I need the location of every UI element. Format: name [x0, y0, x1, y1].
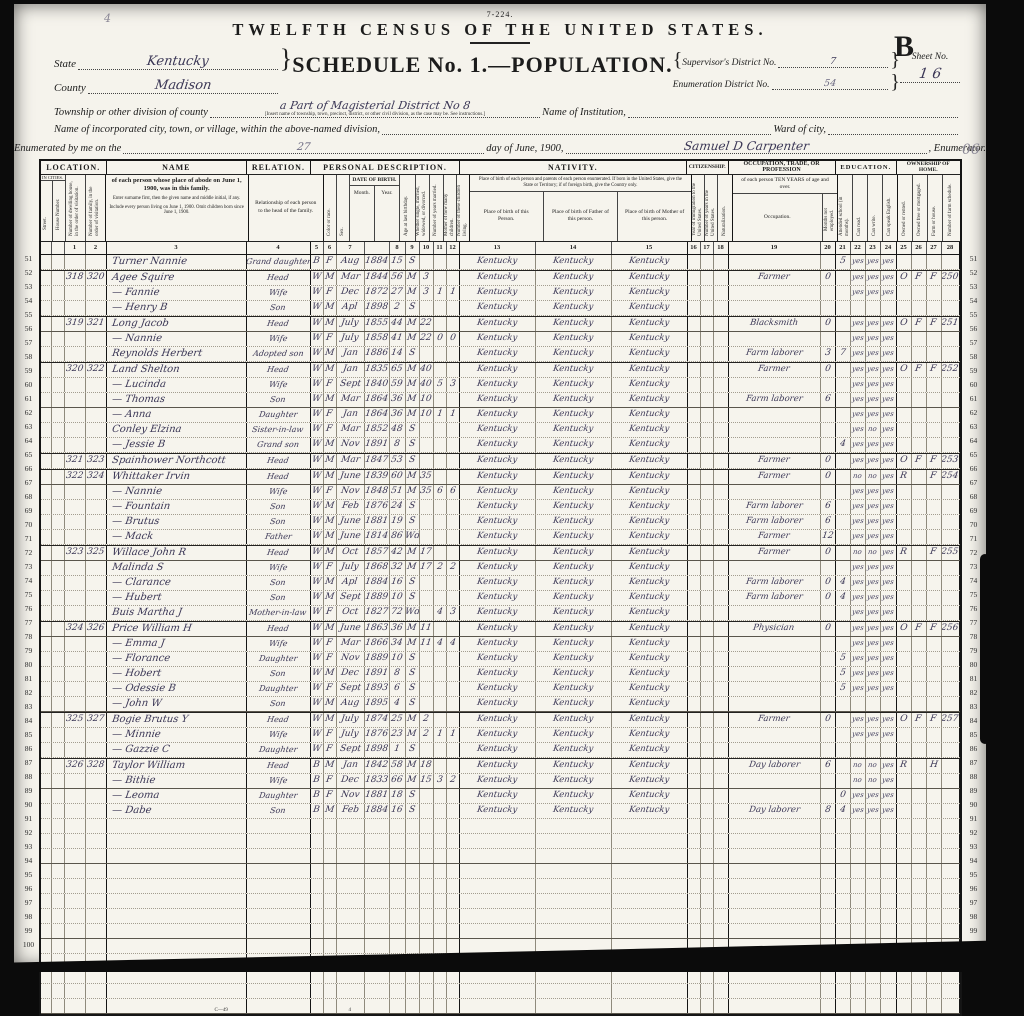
cell-immigration-year — [688, 500, 701, 514]
cell-marital-status: M — [406, 363, 420, 377]
cell-children-living — [447, 423, 460, 437]
cell-birth-month: Dec — [337, 774, 365, 788]
col-number: 16 — [688, 242, 701, 254]
cell-owned-rented: O — [897, 713, 912, 727]
cell-can-write: no — [866, 759, 881, 773]
cell-years-married — [420, 591, 434, 605]
cell-children-living: 2 — [447, 561, 460, 575]
cell-immigration-year — [688, 652, 701, 666]
cell-color-race: W — [311, 500, 324, 514]
cell-marital-status — [406, 834, 420, 848]
cell-farm-or-house — [927, 301, 942, 315]
cell-occupation: Farm laborer — [729, 576, 821, 590]
cell-family-number — [86, 819, 107, 833]
cell-sex — [324, 939, 337, 953]
cell-birth-year: 1866 — [365, 637, 390, 651]
cell-immigration-year — [688, 591, 701, 605]
cell-street — [41, 454, 52, 468]
cell-age — [390, 939, 406, 953]
cell-attended-school — [836, 849, 851, 863]
cell-can-speak-english: yes — [881, 286, 897, 300]
cell-birthplace-mother: Kentucky — [612, 561, 688, 575]
row-number: 63 — [966, 420, 982, 434]
cell-birth-month — [337, 834, 365, 848]
cell-birth-year: 1864 — [365, 408, 390, 422]
cell-birthplace-father: Kentucky — [536, 423, 612, 437]
cell-children-living — [447, 546, 460, 560]
cell-birthplace-mother: Kentucky — [612, 667, 688, 681]
row-number: 94 — [966, 854, 982, 868]
cell-occupation: Farm laborer — [729, 591, 821, 605]
cell-months-not-employed: 0 — [821, 576, 836, 590]
col-number: 12 — [447, 242, 460, 254]
cell-years-married — [420, 530, 434, 544]
years-married-header: Number of years married. — [433, 178, 439, 236]
row-number: 84 — [966, 714, 982, 728]
cell-person-name: Malinda S — [107, 561, 247, 575]
cell-house-number — [52, 713, 65, 727]
cell-years-married — [420, 789, 434, 803]
cell-mother-of-children: 6 — [434, 485, 447, 499]
cell-attended-school: 4 — [836, 591, 851, 605]
cell-can-write — [866, 924, 881, 938]
cell-months-not-employed — [821, 969, 836, 983]
cell-relation — [247, 819, 311, 833]
cell-years-in-us — [701, 438, 714, 452]
cell-dwelling-number — [65, 743, 86, 757]
cell-can-speak-english: yes — [881, 347, 897, 361]
cell-birthplace-mother: Kentucky — [612, 332, 688, 346]
cell-occupation — [729, 438, 821, 452]
cell-owned-free-mortgaged — [912, 864, 927, 878]
row-number: 78 — [966, 630, 982, 644]
cell-immigration-year — [688, 849, 701, 863]
cell-farm-schedule-no — [942, 591, 960, 605]
cell-birth-month — [337, 939, 365, 953]
cell-birthplace-person: Kentucky — [460, 576, 536, 590]
cell-can-speak-english: yes — [881, 774, 897, 788]
cell-children-living — [447, 363, 460, 377]
cell-dwelling-number — [65, 849, 86, 863]
cell-street — [41, 969, 52, 983]
cell-house-number — [52, 834, 65, 848]
cell-sex: M — [324, 393, 337, 407]
cell-owned-rented — [897, 924, 912, 938]
cell-birthplace-person: Kentucky — [460, 804, 536, 818]
cell-can-write: yes — [866, 408, 881, 422]
months-not-employed-header: Months not employed. — [824, 197, 836, 231]
cell-birthplace-father: Kentucky — [536, 271, 612, 285]
table-row: — ThomasSonWMMar186436M10KentuckyKentuck… — [41, 393, 960, 408]
cell-birthplace-mother: Kentucky — [612, 546, 688, 560]
cell-color-race: W — [311, 637, 324, 651]
cell-farm-or-house — [927, 332, 942, 346]
cell-family-number — [86, 606, 107, 620]
cell-birthplace-mother: Kentucky — [612, 271, 688, 285]
cell-marital-status: S — [406, 697, 420, 711]
cell-age — [390, 864, 406, 878]
cell-farm-or-house — [927, 954, 942, 968]
cell-birth-month: Sept — [337, 682, 365, 696]
cell-dwelling-number — [65, 576, 86, 590]
cell-years-married — [420, 606, 434, 620]
cell-color-race: W — [311, 470, 324, 484]
cell-color-race: W — [311, 743, 324, 757]
cell-house-number — [52, 485, 65, 499]
cell-dwelling-number: 319 — [65, 317, 86, 331]
cell-farm-schedule-no — [942, 378, 960, 392]
cell-naturalization — [714, 682, 729, 696]
cell-farm-schedule-no — [942, 637, 960, 651]
cell-farm-or-house — [927, 743, 942, 757]
cell-can-write: yes — [866, 454, 881, 468]
cell-immigration-year — [688, 438, 701, 452]
cell-can-speak-english: yes — [881, 470, 897, 484]
table-row: — Gazzie CDaughterWFSept18981SKentuckyKe… — [41, 743, 960, 758]
cell-marital-status — [406, 984, 420, 994]
cell-can-speak-english — [881, 924, 897, 938]
cell-can-read: yes — [851, 667, 866, 681]
cell-relation: Grand son — [247, 438, 311, 452]
cell-mother-of-children — [434, 984, 447, 994]
cell-house-number — [52, 347, 65, 361]
cell-person-name: — Minnie — [107, 728, 247, 742]
cell-age: 41 — [390, 332, 406, 346]
cell-birth-month: Mar — [337, 637, 365, 651]
cell-attended-school — [836, 637, 851, 651]
cell-can-speak-english — [881, 909, 897, 923]
cell-house-number — [52, 969, 65, 983]
cell-marital-status — [406, 879, 420, 893]
cell-occupation: Farm laborer — [729, 500, 821, 514]
cell-dwelling-number — [65, 728, 86, 742]
years-in-us-header: Number of years in the United States. — [705, 178, 717, 236]
cell-owned-free-mortgaged — [912, 667, 927, 681]
cell-mother-of-children: 1 — [434, 286, 447, 300]
cell-children-living — [447, 393, 460, 407]
cell-birth-month — [337, 954, 365, 968]
cell-birth-year: 1827 — [365, 606, 390, 620]
cell-age: 66 — [390, 774, 406, 788]
cell-years-married: 11 — [420, 622, 434, 636]
cell-attended-school — [836, 530, 851, 544]
cell-attended-school — [836, 393, 851, 407]
can-write-header: Can write. — [872, 178, 878, 236]
cell-owned-free-mortgaged — [912, 924, 927, 938]
cell-birth-year — [365, 864, 390, 878]
cell-immigration-year — [688, 454, 701, 468]
table-row: — John WSonWMAug18954SKentuckyKentuckyKe… — [41, 697, 960, 712]
cell-house-number — [52, 606, 65, 620]
cell-birth-year: 1833 — [365, 774, 390, 788]
cell-color-race: W — [311, 652, 324, 666]
cell-family-number: 322 — [86, 363, 107, 377]
cell-naturalization — [714, 546, 729, 560]
cell-can-read — [851, 301, 866, 315]
cell-years-married: 10 — [420, 393, 434, 407]
cell-sex: M — [324, 697, 337, 711]
cell-family-number — [86, 804, 107, 818]
cell-house-number — [52, 271, 65, 285]
cell-family-number — [86, 561, 107, 575]
cell-farm-schedule-no — [942, 423, 960, 437]
cell-person-name: Bogie Brutus Y — [107, 713, 247, 727]
cell-marital-status: M — [406, 637, 420, 651]
cell-family-number — [86, 515, 107, 529]
row-number: 58 — [21, 350, 37, 364]
cell-naturalization — [714, 332, 729, 346]
sheet-letter: B — [894, 30, 914, 64]
cell-can-write: yes — [866, 347, 881, 361]
cell-occupation: Blacksmith — [729, 317, 821, 331]
census-page: 4 06 7-224. TWELFTH CENSUS OF THE UNITED… — [14, 4, 986, 966]
cell-age: 36 — [390, 622, 406, 636]
cell-person-name — [107, 879, 247, 893]
cell-street — [41, 561, 52, 575]
cell-birthplace-mother: Kentucky — [612, 652, 688, 666]
cell-mother-of-children — [434, 317, 447, 331]
cell-farm-or-house — [927, 819, 942, 833]
cell-immigration-year — [688, 271, 701, 285]
cell-dwelling-number — [65, 939, 86, 953]
cell-relation: Head — [247, 470, 311, 484]
cell-dwelling-number — [65, 682, 86, 696]
table-row: — ClaranceSonWMApl188416SKentuckyKentuck… — [41, 576, 960, 591]
cell-mother-of-children — [434, 743, 447, 757]
cell-immigration-year — [688, 924, 701, 938]
cell-marital-status: S — [406, 804, 420, 818]
cell-naturalization — [714, 954, 729, 968]
cell-farm-or-house: F — [927, 454, 942, 468]
county-value: Madison — [153, 78, 212, 93]
cell-mother-of-children — [434, 347, 447, 361]
cell-birth-month — [337, 894, 365, 908]
cell-attended-school — [836, 408, 851, 422]
cell-street — [41, 879, 52, 893]
cell-house-number — [52, 939, 65, 953]
cell-can-write — [866, 743, 881, 757]
cell-years-married — [420, 667, 434, 681]
cell-farm-or-house — [927, 804, 942, 818]
cell-family-number — [86, 774, 107, 788]
cell-marital-status: M — [406, 470, 420, 484]
cell-naturalization — [714, 393, 729, 407]
cell-attended-school — [836, 301, 851, 315]
cell-birthplace-mother: Kentucky — [612, 622, 688, 636]
cell-person-name: Turner Nannie — [107, 255, 247, 269]
census-table: 5152535455565758596061626364656667686970… — [39, 159, 962, 994]
cell-years-in-us — [701, 363, 714, 377]
cell-attended-school — [836, 485, 851, 499]
cell-can-read — [851, 984, 866, 994]
cell-house-number — [52, 667, 65, 681]
cell-owned-free-mortgaged: F — [912, 454, 927, 468]
col-number: 13 — [460, 242, 536, 254]
cell-street — [41, 622, 52, 636]
cell-color-race: W — [311, 286, 324, 300]
row-number: 73 — [966, 560, 982, 574]
cell-birth-year — [365, 894, 390, 908]
row-number: 52 — [21, 266, 37, 280]
cell-mother-of-children — [434, 924, 447, 938]
cell-naturalization — [714, 576, 729, 590]
cell-children-living — [447, 347, 460, 361]
cell-birth-month — [337, 849, 365, 863]
cell-birth-year: 1884 — [365, 255, 390, 269]
cell-months-not-employed — [821, 378, 836, 392]
cell-can-read: yes — [851, 454, 866, 468]
cell-can-read: yes — [851, 286, 866, 300]
cell-farm-schedule-no — [942, 819, 960, 833]
cell-birthplace-person: Kentucky — [460, 713, 536, 727]
cell-can-speak-english: yes — [881, 317, 897, 331]
township-value: a Part of Magisterial District No 8 — [279, 99, 471, 112]
cell-family-number — [86, 576, 107, 590]
cell-farm-schedule-no — [942, 954, 960, 968]
cell-years-married — [420, 834, 434, 848]
cell-can-speak-english: yes — [881, 271, 897, 285]
cell-can-speak-english: yes — [881, 652, 897, 666]
cell-occupation: Farm laborer — [729, 347, 821, 361]
cell-owned-free-mortgaged — [912, 530, 927, 544]
table-row: — FannieWifeWFDec187227M311KentuckyKentu… — [41, 286, 960, 301]
cell-person-name — [107, 984, 247, 994]
cell-birth-month: June — [337, 515, 365, 529]
cell-farm-or-house — [927, 515, 942, 529]
schedule-title: SCHEDULE No. 1.—POPULATION. — [292, 52, 672, 78]
cell-color-race: W — [311, 606, 324, 620]
cell-owned-rented: R — [897, 546, 912, 560]
row-number: 74 — [21, 574, 37, 588]
cell-owned-free-mortgaged — [912, 576, 927, 590]
cell-owned-rented — [897, 682, 912, 696]
state-county-block: State Kentucky } County Madison } — [54, 46, 292, 94]
cell-years-in-us — [701, 697, 714, 711]
cell-dwelling-number — [65, 637, 86, 651]
row-number: 98 — [966, 910, 982, 924]
cell-marital-status: M — [406, 774, 420, 788]
cell-person-name: Price William H — [107, 622, 247, 636]
cell-children-living — [447, 317, 460, 331]
cell-immigration-year — [688, 363, 701, 377]
cell-farm-or-house — [927, 485, 942, 499]
cell-relation — [247, 939, 311, 953]
cell-attended-school — [836, 954, 851, 968]
row-number: 77 — [21, 616, 37, 630]
cell-family-number — [86, 864, 107, 878]
cell-color-race: W — [311, 454, 324, 468]
cell-can-write — [866, 969, 881, 983]
cell-street — [41, 530, 52, 544]
cell-can-speak-english — [881, 834, 897, 848]
supervisor-label: Supervisor's District No. — [682, 58, 776, 68]
table-row — [41, 969, 960, 984]
cell-family-number — [86, 438, 107, 452]
cell-children-living — [447, 834, 460, 848]
cell-immigration-year — [688, 347, 701, 361]
cell-birthplace-person — [460, 864, 536, 878]
cell-naturalization — [714, 622, 729, 636]
cell-attended-school — [836, 271, 851, 285]
cell-birthplace-father — [536, 909, 612, 923]
row-number: 51 — [21, 252, 37, 266]
cell-can-speak-english: yes — [881, 332, 897, 346]
cell-can-write: yes — [866, 622, 881, 636]
cell-mother-of-children — [434, 954, 447, 968]
cell-occupation — [729, 774, 821, 788]
cell-marital-status — [406, 864, 420, 878]
col-number: 18 — [714, 242, 729, 254]
cell-birthplace-father — [536, 879, 612, 893]
cell-relation — [247, 834, 311, 848]
cell-can-read: no — [851, 759, 866, 773]
cell-birthplace-person — [460, 954, 536, 968]
cell-immigration-year — [688, 378, 701, 392]
cell-can-speak-english: yes — [881, 622, 897, 636]
farm-house-header: Farm or house. — [932, 178, 938, 236]
cell-can-speak-english: yes — [881, 255, 897, 269]
cell-birth-month: Jan — [337, 363, 365, 377]
cell-can-write — [866, 697, 881, 711]
cell-birth-year: 1835 — [365, 363, 390, 377]
cell-children-living — [447, 819, 460, 833]
cell-birth-month: Mar — [337, 271, 365, 285]
cell-owned-rented — [897, 879, 912, 893]
col-number: 27 — [927, 242, 942, 254]
cell-street — [41, 804, 52, 818]
cell-marital-status: S — [406, 652, 420, 666]
cell-months-not-employed: 0 — [821, 591, 836, 605]
cell-person-name — [107, 954, 247, 968]
cell-color-race: W — [311, 301, 324, 315]
cell-children-living — [447, 697, 460, 711]
cell-children-living — [447, 454, 460, 468]
cell-family-number: 323 — [86, 454, 107, 468]
cell-color-race — [311, 939, 324, 953]
row-number: 55 — [21, 308, 37, 322]
row-number: 53 — [966, 280, 982, 294]
cell-birth-month: Feb — [337, 804, 365, 818]
row-number: 74 — [966, 574, 982, 588]
cell-birthplace-person: Kentucky — [460, 393, 536, 407]
cell-owned-rented — [897, 909, 912, 923]
cell-immigration-year — [688, 819, 701, 833]
cell-farm-or-house — [927, 924, 942, 938]
group-header-row: LOCATION. NAME RELATION. PERSONAL DESCRI… — [41, 161, 960, 175]
cell-birthplace-father: Kentucky — [536, 485, 612, 499]
enumerated-line: Enumerated by me on the 27 day of June, … — [14, 139, 986, 154]
cell-farm-or-house — [927, 939, 942, 953]
cell-months-not-employed — [821, 864, 836, 878]
cell-age: 14 — [390, 347, 406, 361]
table-row: 323325Willace John RHeadWMOct185742M17Ke… — [41, 545, 960, 561]
cell-owned-rented — [897, 637, 912, 651]
cell-can-read: no — [851, 774, 866, 788]
cell-can-write: yes — [866, 500, 881, 514]
cell-mother-of-children — [434, 864, 447, 878]
cell-street — [41, 849, 52, 863]
cell-mother-of-children — [434, 470, 447, 484]
cell-can-speak-english — [881, 879, 897, 893]
cell-marital-status: S — [406, 682, 420, 696]
cell-immigration-year — [688, 984, 701, 994]
occupation-group: OCCUPATION, TRADE, OR PROFESSION — [729, 161, 836, 174]
cell-months-not-employed — [821, 652, 836, 666]
cell-children-living — [447, 470, 460, 484]
cell-birthplace-person: Kentucky — [460, 652, 536, 666]
cell-attended-school — [836, 909, 851, 923]
cell-sex: M — [324, 713, 337, 727]
